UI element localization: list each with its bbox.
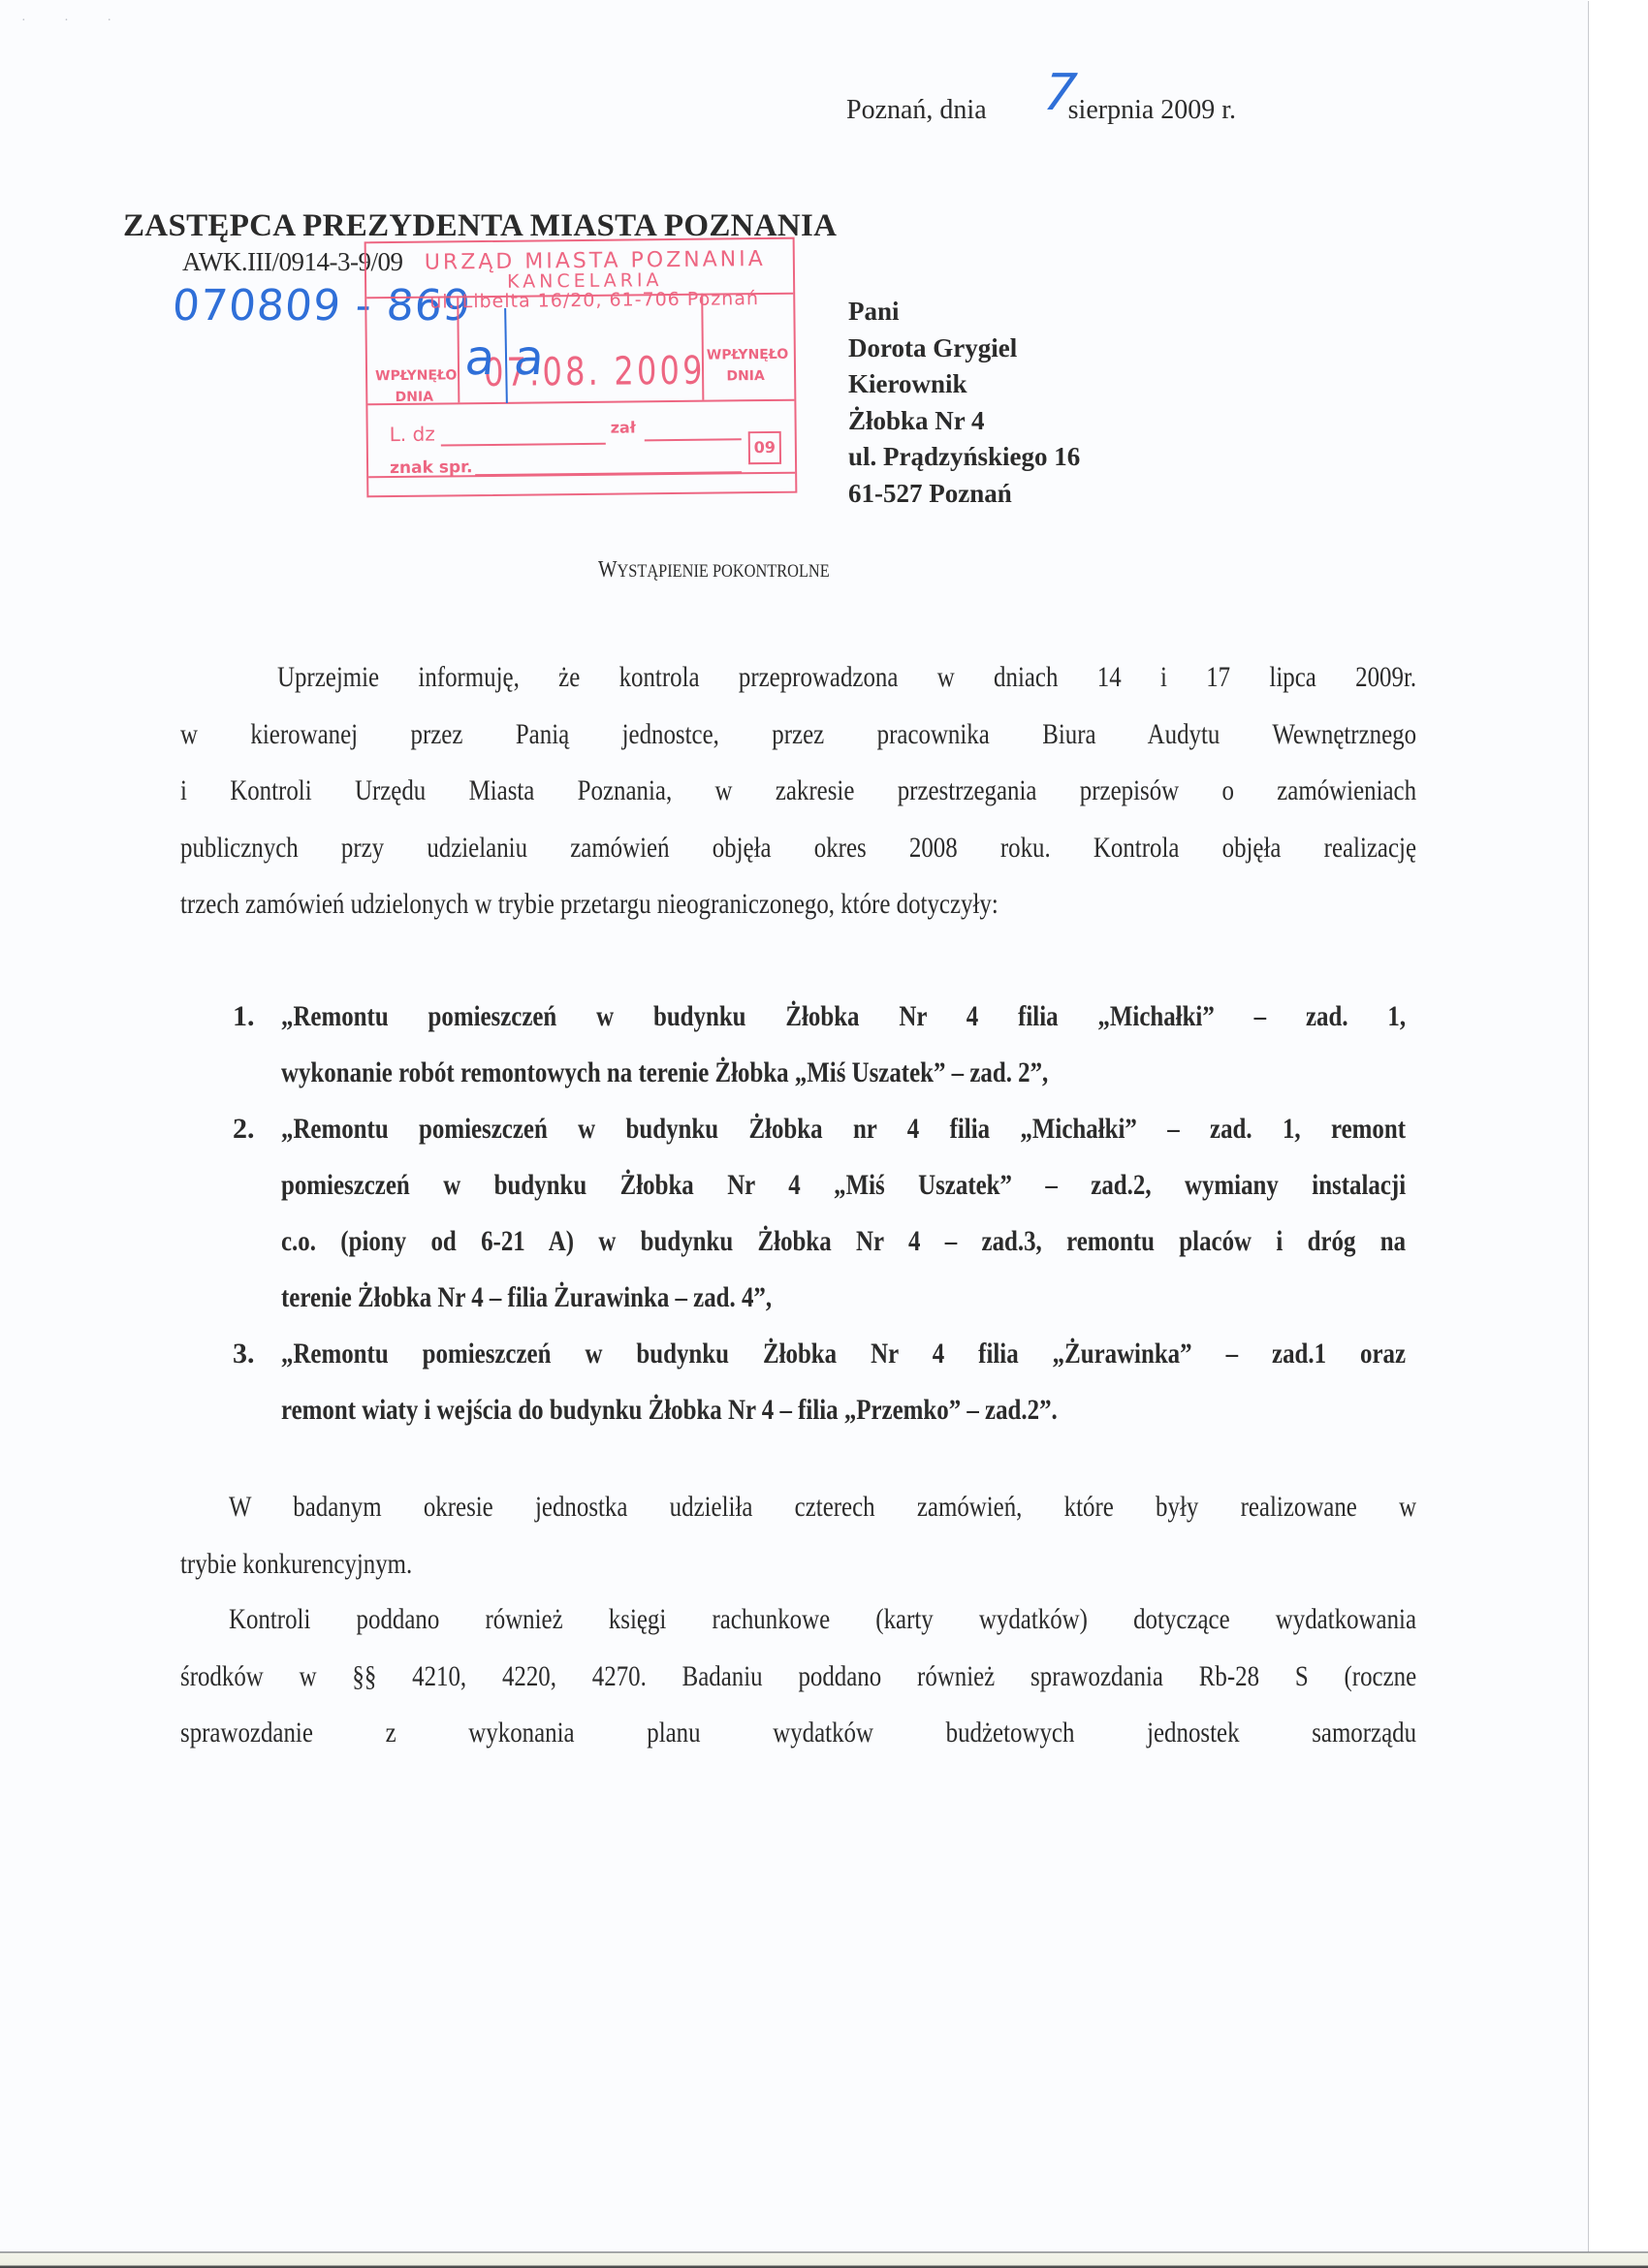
stamp-address: ul. Libelta 16/20, 61-706 Poznań [429, 288, 759, 313]
addressee-line: Kierownik [848, 366, 1080, 403]
paragraph-line: Kontroli poddano również księgi rachunko… [180, 1591, 1416, 1649]
list-line: pomieszczeń w budynku Żłobka Nr 4 „Miś U… [281, 1157, 1406, 1213]
stamp-received-label-right: WPŁYNĘŁO DNIA [707, 344, 784, 388]
list-number: 1. [233, 989, 255, 1045]
stamp-ldz-label: L. dz [390, 423, 435, 446]
stamp-zal-line [645, 438, 742, 441]
stamp-ldz-line [441, 443, 606, 447]
document-title: WYSTĄPIENIE POKONTROLNE [598, 557, 830, 583]
list-item: 1. „Remontu pomieszczeń w budynku Żłobka… [233, 989, 1406, 1101]
list-number: 2. [233, 1101, 255, 1157]
orders-list: 1. „Remontu pomieszczeń w budynku Żłobka… [233, 989, 1406, 1438]
addressee-line: ul. Prądzyńskiego 16 [848, 439, 1080, 476]
addressee-block: Pani Dorota Grygiel Kierownik Żłobka Nr … [848, 294, 1080, 512]
stamp-year-box: 09 [748, 431, 781, 464]
handwritten-day: 7 [1041, 64, 1079, 122]
paragraph-3: Kontroli poddano również księgi rachunko… [180, 1591, 1416, 1762]
paragraph-line: Uprzejmie informuję, że kontrola przepro… [180, 649, 1416, 707]
addressee-line: Żłobka Nr 4 [848, 403, 1080, 440]
intro-paragraph: Uprzejmie informuję, że kontrola przepro… [180, 649, 1416, 933]
paragraph-line: publicznych przy udzielaniu zamówień obj… [180, 820, 1416, 877]
addressee-line: 61-527 Poznań [848, 476, 1080, 513]
date-prefix: Poznań, dnia [846, 95, 987, 125]
date-suffix: sierpnia 2009 r. [1068, 95, 1236, 125]
list-line: remont wiaty i wejścia do budynku Żłobka… [281, 1382, 1406, 1438]
paragraph-line: trzech zamówień udzielonych w trybie prz… [180, 876, 1416, 933]
paragraph-2: W badanym okresie jednostka udzieliła cz… [180, 1479, 1416, 1592]
list-line: „Remontu pomieszczeń w budynku Żłobka Nr… [281, 1326, 1406, 1382]
list-line: wykonanie robót remontowych na terenie Ż… [281, 1045, 1406, 1101]
paragraph-line: trybie konkurencyjnym. [180, 1536, 1416, 1593]
paragraph-line: W badanym okresie jednostka udzieliła cz… [180, 1479, 1416, 1536]
stamp-zal-label: zał [611, 418, 636, 436]
paragraph-line: środków w §§ 4210, 4220, 4270. Badaniu p… [180, 1649, 1416, 1706]
title-rest: YSTĄPIENIE POKONTROLNE [617, 561, 829, 582]
list-line: terenie Żłobka Nr 4 – filia Żurawinka – … [281, 1270, 1406, 1326]
scan-specks: · · · [21, 14, 129, 29]
title-initial: W [598, 557, 617, 583]
paragraph-line: w kierowanej przez Panią jednostce, prze… [180, 707, 1416, 764]
addressee-line: Pani [848, 294, 1080, 331]
list-line: „Remontu pomieszczeń w budynku Żłobka nr… [281, 1101, 1406, 1157]
scanner-edge [0, 2252, 1648, 2268]
stamp-received-label-left: WPŁYNĘŁO DNIA [375, 364, 453, 408]
paragraph-line: sprawozdanie z wykonania planu wydatków … [180, 1705, 1416, 1762]
addressee-line: Dorota Grygiel [848, 331, 1080, 367]
list-number: 3. [233, 1326, 255, 1382]
list-item: 3. „Remontu pomieszczeń w budynku Żłobka… [233, 1326, 1406, 1438]
list-item: 2. „Remontu pomieszczeń w budynku Żłobka… [233, 1101, 1406, 1326]
paragraph-line: i Kontroli Urzędu Miasta Poznania, w zak… [180, 763, 1416, 820]
scanned-page: · · · Poznań, dnia sierpnia 2009 r. 7 ZA… [0, 0, 1588, 2252]
list-line: „Remontu pomieszczeń w budynku Żłobka Nr… [281, 989, 1406, 1045]
registry-stamp: URZĄD MIASTA POZNANIA KANCELARIA ul. Lib… [364, 237, 798, 498]
list-line: c.o. (piony od 6-21 A) w budynku Żłobka … [281, 1213, 1406, 1270]
